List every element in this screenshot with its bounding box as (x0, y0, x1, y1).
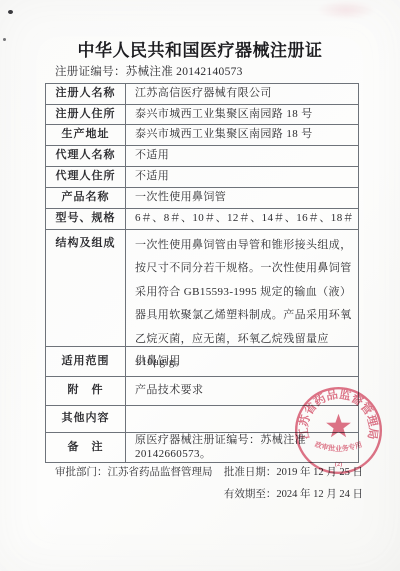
row-label: 代理人名称 (46, 146, 126, 166)
row-value: 一次性使用鼻饲管 (126, 188, 358, 208)
scan-speck (8, 10, 13, 14)
stamp-bleed-smudge (316, 0, 376, 20)
row-label: 代理人住所 (46, 167, 126, 187)
row-label: 其他内容 (46, 406, 126, 432)
row-value: 原医疗器械注册证编号：苏械注准 20142660573。 (126, 433, 358, 462)
row-value: 供鼻饲用 (126, 347, 358, 376)
table-row: 适用范围 供鼻饲用 (46, 347, 358, 377)
row-label: 型号、规格 (46, 209, 126, 229)
row-label: 附 件 (46, 377, 126, 405)
certificate-table: 注册人名称 江苏高信医疗器械有限公司 注册人住所 泰兴市城西工业集聚区南园路 1… (45, 83, 359, 463)
row-value: 一次性使用鼻饲管由导管和锥形接头组成，按尺寸不同分若干规格。一次性使用鼻饲管采用… (126, 230, 358, 346)
row-value (126, 406, 358, 432)
table-row: 型号、规格 6＃、8＃、10＃、12＃、14＃、16＃、18＃ (46, 209, 358, 230)
registration-number-line: 注册证编号：苏械注准 20142140573 (55, 63, 243, 79)
row-label: 结构及组成 (46, 230, 126, 346)
table-row: 代理人住所 不适用 (46, 167, 358, 188)
table-row: 其他内容 (46, 406, 358, 433)
table-row: 代理人名称 不适用 (46, 146, 358, 167)
row-value: 产品技术要求 (126, 377, 358, 405)
row-label: 注册人住所 (46, 105, 126, 124)
table-row: 生产地址 泰兴市城西工业集聚区南园路 18 号 (46, 125, 358, 146)
row-value: 泰兴市城西工业集聚区南园路 18 号 (126, 105, 358, 124)
table-row: 附 件 产品技术要求 (46, 377, 358, 406)
row-value: 不适用 (126, 146, 358, 166)
row-label: 生产地址 (46, 125, 126, 145)
approval-date: 批准日期：2019 年 12 月 25 日 (224, 464, 363, 479)
table-row: 注册人住所 泰兴市城西工业集聚区南园路 18 号 (46, 105, 358, 125)
row-value: 6＃、8＃、10＃、12＃、14＃、16＃、18＃ (126, 209, 358, 229)
valid-until-date: 有效期至：2024 年 12 月 24 日 (224, 486, 363, 501)
approval-department: 审批部门：江苏省药品监督管理局 (55, 464, 213, 479)
certificate-page: 中华人民共和国医疗器械注册证 注册证编号：苏械注准 20142140573 注册… (0, 0, 400, 571)
row-label: 备 注 (46, 433, 126, 462)
row-value: 江苏高信医疗器械有限公司 (126, 84, 358, 104)
table-row: 注册人名称 江苏高信医疗器械有限公司 (46, 84, 358, 105)
footer-dates: 批准日期：2019 年 12 月 25 日 有效期至：2024 年 12 月 2… (224, 464, 363, 508)
row-value: 泰兴市城西工业集聚区南园路 18 号 (126, 125, 358, 145)
certificate-title: 中华人民共和国医疗器械注册证 (0, 36, 400, 61)
table-row: 备 注 原医疗器械注册证编号：苏械注准 20142660573。 (46, 433, 358, 462)
row-label: 注册人名称 (46, 84, 126, 104)
row-label: 适用范围 (46, 347, 126, 376)
row-value: 不适用 (126, 167, 358, 187)
row-label: 产品名称 (46, 188, 126, 208)
footer: 审批部门：江苏省药品监督管理局 批准日期：2019 年 12 月 25 日 有效… (55, 464, 363, 508)
table-row: 产品名称 一次性使用鼻饲管 (46, 188, 358, 209)
table-row: 结构及组成 一次性使用鼻饲管由导管和锥形接头组成，按尺寸不同分若干规格。一次性使… (46, 230, 358, 347)
